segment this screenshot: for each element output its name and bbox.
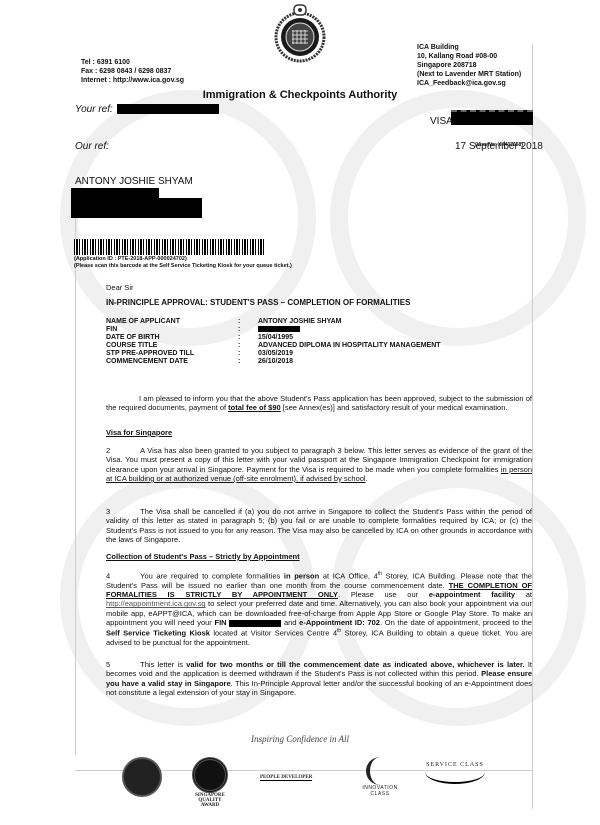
paragraph-5: 5This letter is valid for two months or … <box>106 660 532 697</box>
text: A Visa has also been granted to you subj… <box>106 446 532 474</box>
address-line: (Next to Lavender MRT Station) <box>417 70 521 79</box>
address-line: ICA Building <box>417 43 521 52</box>
tagline: Inspiring Confidence in All <box>0 734 600 744</box>
text: at <box>515 590 532 599</box>
service-class-logo: SERVICE CLASS <box>425 760 485 784</box>
section-heading-collection: Collection of Student's Pass – Strictly … <box>106 552 532 561</box>
feedback-email: ICA_Feedback@ica.gov.sg <box>417 79 521 88</box>
bold-text: FIN <box>215 618 227 627</box>
paragraph-1: I am pleased to inform you that the abov… <box>106 394 532 413</box>
detail-row: DATE OF BIRTH:15/04/1995 <box>106 334 532 342</box>
detail-label: COURSE TITLE <box>106 342 238 350</box>
text: The Visa shall be cancelled if (a) you d… <box>106 507 532 544</box>
addressee-name: ANTONY JOSHIE SHYAM <box>75 176 193 187</box>
ica-crest-icon <box>266 3 334 63</box>
letter-date: 17 September 2018 <box>455 141 543 152</box>
text: located at Visitor Services Centre 4 <box>210 629 337 638</box>
eappointment-link[interactable]: http://eappointment.ica.gov.sg <box>106 599 206 608</box>
salutation: Dear Sir <box>106 283 532 292</box>
text: . Please use our <box>338 590 429 599</box>
bold-text: in person <box>284 572 319 581</box>
singapore-quality-award-logo: SINGAPORE QUALITY AWARD <box>190 757 230 808</box>
detail-row: COMMENCEMENT DATE:26/10/2018 <box>106 358 532 366</box>
logo-text: INNOVATION CLASS <box>360 785 400 797</box>
bold-text: valid for two months or till the commenc… <box>186 660 524 669</box>
paragraph-number: 3 <box>106 507 110 516</box>
detail-label: FIN <box>106 326 238 334</box>
letter-subject: IN-PRINCIPLE APPROVAL: STUDENT'S PASS – … <box>106 298 532 307</box>
our-ref-label: Our ref: <box>75 141 109 152</box>
visa-label: VISA: <box>430 116 456 127</box>
scan-instruction: (Please scan this barcode at the Self Se… <box>74 263 292 270</box>
redacted-fin <box>258 326 300 332</box>
detail-label: STP PRE-APPROVED TILL <box>106 350 238 358</box>
application-id-block: (Application ID : PTE-2018-APP-000024702… <box>74 256 292 270</box>
text: at ICA Office, 4 <box>319 572 378 581</box>
detail-row: COURSE TITLE:ADVANCED DIPLOMA IN HOSPITA… <box>106 342 532 350</box>
watermark-seal <box>60 90 316 346</box>
appointment-id: e-Appointment ID: 702 <box>299 618 380 627</box>
redacted-fin <box>229 620 281 627</box>
tel-line: Tel : 6391 6100 <box>81 58 184 67</box>
page-frame-line <box>532 44 533 809</box>
paragraph-number: 2 <box>106 446 110 455</box>
logo-text: SERVICE CLASS <box>425 760 485 784</box>
detail-row: STP PRE-APPROVED TILL:03/05/2019 <box>106 350 532 358</box>
text: . <box>366 474 368 483</box>
detail-value: ANTONY JOSHIE SHYAM <box>258 318 342 326</box>
detail-value: ADVANCED DIPLOMA IN HOSPITALITY MANAGEME… <box>258 342 441 350</box>
text: This letter is <box>140 660 186 669</box>
watermark-seal <box>330 90 586 346</box>
paragraph-3: 3The Visa shall be cancelled if (a) you … <box>106 507 532 544</box>
detail-label: DATE OF BIRTH <box>106 334 238 342</box>
people-developer-logo: PEOPLE DEVELOPER <box>260 775 312 781</box>
ministry-of-home-affairs-logo <box>122 757 162 797</box>
detail-row: FIN: <box>106 326 532 334</box>
detail-value: 03/05/2019 <box>258 350 293 358</box>
text: [see Annex(es)] and satisfactory result … <box>281 403 508 412</box>
paragraph-number: 4 <box>106 572 110 581</box>
applicant-details: NAME OF APPLICANT:ANTONY JOSHIE SHYAM FI… <box>106 318 532 366</box>
bold-text: Self Service Ticketing Kiosk <box>106 629 210 638</box>
total-fee: total fee of $90 <box>228 403 281 412</box>
redacted-visa-barcode <box>451 110 533 125</box>
innovation-class-logo: INNOVATION CLASS <box>360 757 400 797</box>
detail-label: COMMENCEMENT DATE <box>106 358 238 366</box>
text: . On the date of appointment, proceed to… <box>380 618 532 627</box>
your-ref-label: Your ref: <box>75 104 113 115</box>
logo-text: PEOPLE DEVELOPER <box>260 775 312 781</box>
detail-value: 26/10/2018 <box>258 358 293 366</box>
logo-text: SINGAPORE QUALITY AWARD <box>190 793 230 808</box>
redacted-your-ref <box>117 104 219 114</box>
internet-line: Internet : http://www.ica.gov.sg <box>81 76 184 85</box>
redacted-address <box>71 188 121 218</box>
bold-text: e-appointment facility <box>429 590 515 599</box>
detail-value: 15/04/1995 <box>258 334 293 342</box>
fax-line: Fax : 6298 0843 / 6298 0837 <box>81 67 184 76</box>
application-id: (Application ID : PTE-2018-APP-000024702… <box>74 256 292 263</box>
address-line: 10, Kallang Road #08-00 <box>417 52 521 61</box>
letter-page: Tel : 6391 6100 Fax : 6298 0843 / 6298 0… <box>0 0 600 825</box>
page-frame-line <box>75 215 76 755</box>
authority-address: ICA Building 10, Kallang Road #08-00 Sin… <box>417 43 521 88</box>
paragraph-4: 4You are required to complete formalitie… <box>106 570 532 647</box>
paragraph-2: 2A Visa has also been granted to you sub… <box>106 446 532 483</box>
text: You are required to complete formalities <box>140 572 284 581</box>
authority-name: Immigration & Checkpoints Authority <box>0 89 600 101</box>
paragraph-number: 5 <box>106 660 110 669</box>
detail-label: NAME OF APPLICANT <box>106 318 238 326</box>
address-line: Singapore 208718 <box>417 61 521 70</box>
detail-row: NAME OF APPLICANT:ANTONY JOSHIE SHYAM <box>106 318 532 326</box>
contact-info: Tel : 6391 6100 Fax : 6298 0843 / 6298 0… <box>81 58 184 85</box>
section-heading-visa: Visa for Singapore <box>106 428 532 437</box>
application-barcode[interactable] <box>74 239 264 255</box>
text: and <box>281 618 299 627</box>
